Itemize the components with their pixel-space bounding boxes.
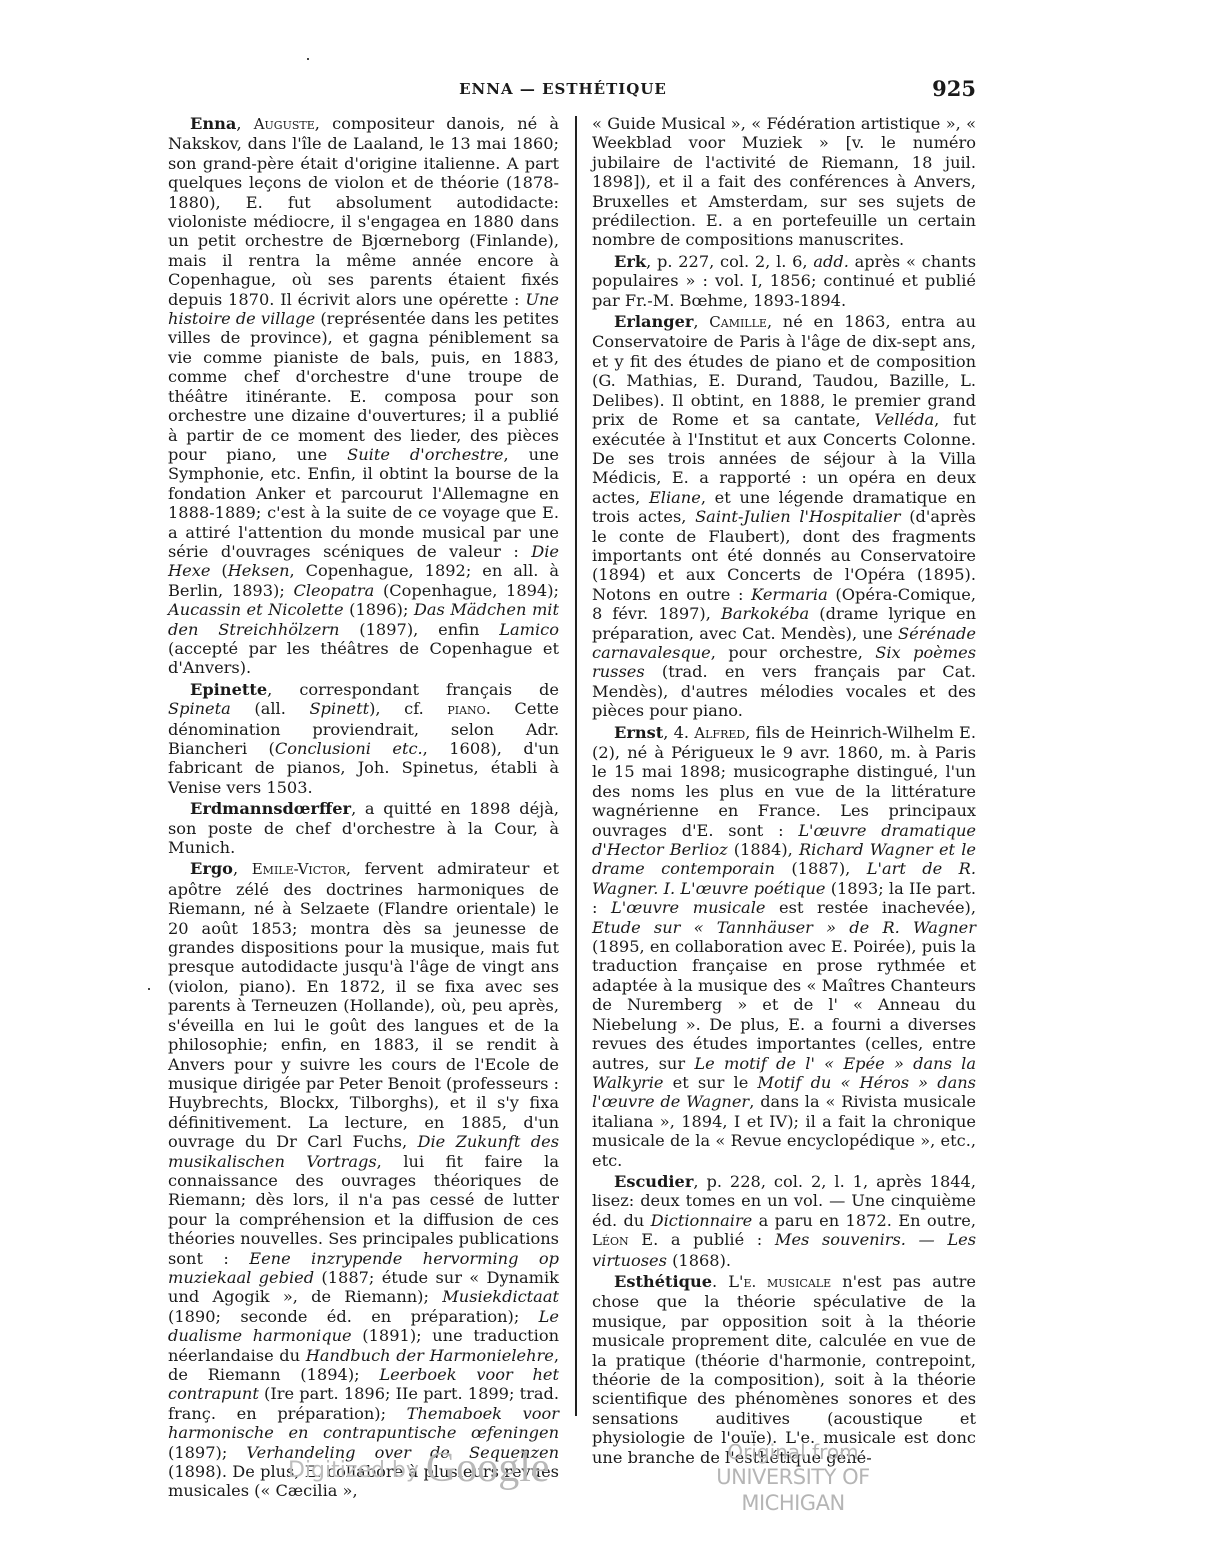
scan-watermark-footer: Digitized by Google Original from UNIVER… <box>0 1438 1207 1498</box>
headword: Erdmannsdœrffer <box>190 799 351 818</box>
headword: Escudier <box>614 1172 693 1191</box>
scan-speck <box>148 988 150 990</box>
cross-reference: piano <box>447 700 485 718</box>
left-column: Enna, Auguste, compositeur danois, né à … <box>168 114 559 1503</box>
entry-erlanger: Erlanger, Camille, né en 1863, entra au … <box>592 312 976 721</box>
entry-erk: Erk, p. 227, col. 2, l. 6, add. après « … <box>592 252 976 310</box>
entry-ernst: Ernst, 4. Alfred, fils de Heinrich-Wilhe… <box>592 723 976 1170</box>
headword: Ergo <box>190 859 233 878</box>
given-name: Camille <box>709 313 767 331</box>
headword: Epinette <box>190 680 267 699</box>
google-logo: Google <box>426 1445 550 1491</box>
given-name: Emile-Victor <box>252 860 346 878</box>
column-divider <box>575 116 577 1416</box>
headword: Erk <box>614 252 646 271</box>
original-from-watermark: Original from UNIVERSITY OF MICHIGAN <box>668 1440 918 1516</box>
headword: Erlanger <box>614 312 693 331</box>
right-column: « Guide Musical », « Fédération artistiq… <box>592 114 976 1469</box>
running-head-title: ENNA — ESTHÉTIQUE <box>150 80 976 98</box>
scan-speck <box>307 58 309 60</box>
entry-epinette: Epinette, correspondant français de Spin… <box>168 680 559 797</box>
entry-ergo: Ergo, Emile-Victor, fervent admirateur e… <box>168 859 559 1500</box>
headword: Enna <box>190 114 236 133</box>
given-name: Auguste <box>254 115 315 133</box>
digitized-by-google-watermark: Digitized by Google <box>288 1444 550 1492</box>
entry-escudier: Escudier, p. 228, col. 2, l. 1, après 18… <box>592 1172 976 1270</box>
entry-ergo-continued: « Guide Musical », « Fédération artistiq… <box>592 114 976 250</box>
running-head: ENNA — ESTHÉTIQUE 925 <box>150 78 976 102</box>
given-name: Alfred <box>694 724 745 742</box>
term: e. musicale <box>743 1273 831 1291</box>
given-name: Léon <box>592 1231 629 1249</box>
entry-erdmannsdoerffer: Erdmannsdœrffer, a quitté en 1898 déjà, … <box>168 799 559 857</box>
headword: Esthétique <box>614 1272 712 1291</box>
page-number: 925 <box>932 76 976 101</box>
entry-enna: Enna, Auguste, compositeur danois, né à … <box>168 114 559 678</box>
headword: Ernst <box>614 723 663 742</box>
